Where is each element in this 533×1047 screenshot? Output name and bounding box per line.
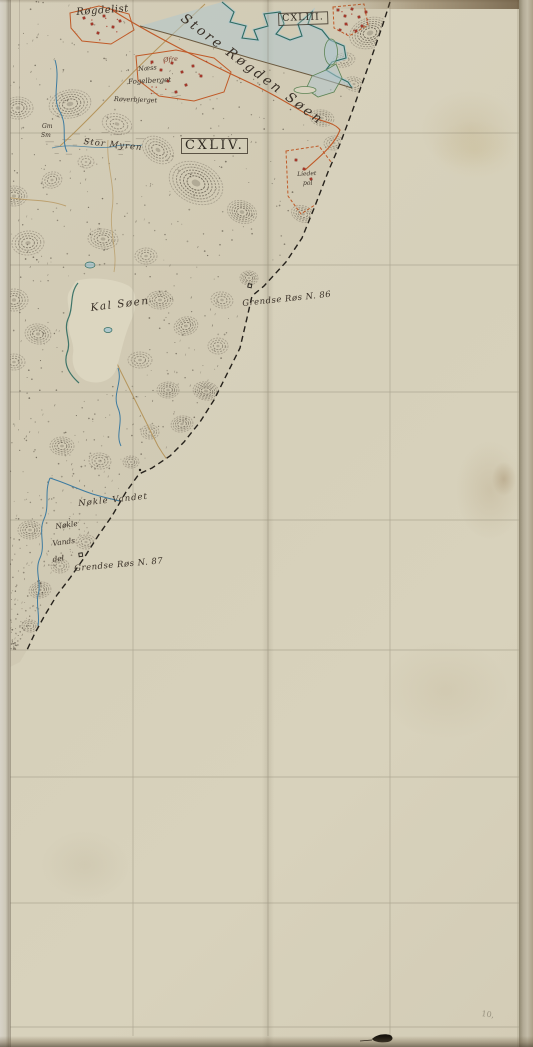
label-tiny-sm: Sm xyxy=(41,133,51,139)
label-tiny-gm: Gm xyxy=(42,124,52,130)
label-croft-line1: Liedet xyxy=(297,171,317,178)
paper-edge-bottom xyxy=(0,1036,533,1047)
map-sheet: Røgdelist Store Røgden Søen CXLIII. CXLI… xyxy=(0,0,533,1047)
paper-stain xyxy=(455,440,525,540)
paper-stain xyxy=(492,462,516,496)
label-pencil-note: 10, xyxy=(481,1010,495,1020)
label-lake-kal-soen: Kal Søen xyxy=(90,296,150,314)
label-nokle-line2: Vands xyxy=(52,537,76,548)
national-border-dashed-line xyxy=(27,2,390,650)
label-nokle-line1: Nøkle xyxy=(55,520,78,531)
paper-edge-left xyxy=(0,0,10,1047)
water-pocket xyxy=(325,39,338,65)
label-marsh-stor-myren: Stor Myren xyxy=(83,138,143,153)
label-settlement-rogdelist: Røgdelist xyxy=(76,4,129,18)
label-border-cairn-87: Grendse Røs N. 87 xyxy=(74,557,164,573)
roads-and-boundaries xyxy=(2,4,368,470)
label-river-store-rogden-soen: Store Røgden Søen xyxy=(178,12,326,128)
label-sheet-number-cxliv: CXLIV. xyxy=(181,138,248,154)
paper-seam-faint xyxy=(19,0,20,420)
label-farm-ofre: Øfre xyxy=(163,56,178,64)
border-cairn-marks xyxy=(79,284,252,557)
label-farm-roverbjerget: Røverbjerget xyxy=(114,96,158,104)
paper-stain xyxy=(430,120,520,180)
label-sheet-number-cxliii: CXLIII. xyxy=(278,11,328,25)
paper-stain xyxy=(40,830,130,900)
paper-fold-crease xyxy=(262,0,274,1047)
mapped-land-area xyxy=(8,0,390,668)
label-farm-fogelberget: Fogelberget xyxy=(128,77,171,86)
label-farm-naess: Næss xyxy=(138,64,157,72)
label-stream-nokle-vandet: Nøkle Vandet xyxy=(78,493,148,509)
lake-kal-soen-basin xyxy=(68,279,136,383)
paper-stain xyxy=(420,90,520,170)
paper-edge-right xyxy=(519,0,533,1047)
paper-seam xyxy=(10,0,11,1047)
label-nokle-line3: del xyxy=(52,554,65,563)
water-features xyxy=(37,2,352,626)
terrain-hachure-hills xyxy=(0,12,395,645)
label-border-cairn-86: Grendse Røs N. 86 xyxy=(242,291,332,309)
label-croft-line2: pol xyxy=(303,181,312,187)
paper-edge-top-right xyxy=(330,0,533,9)
building-symbols xyxy=(83,8,369,181)
paper-stain xyxy=(380,640,510,740)
